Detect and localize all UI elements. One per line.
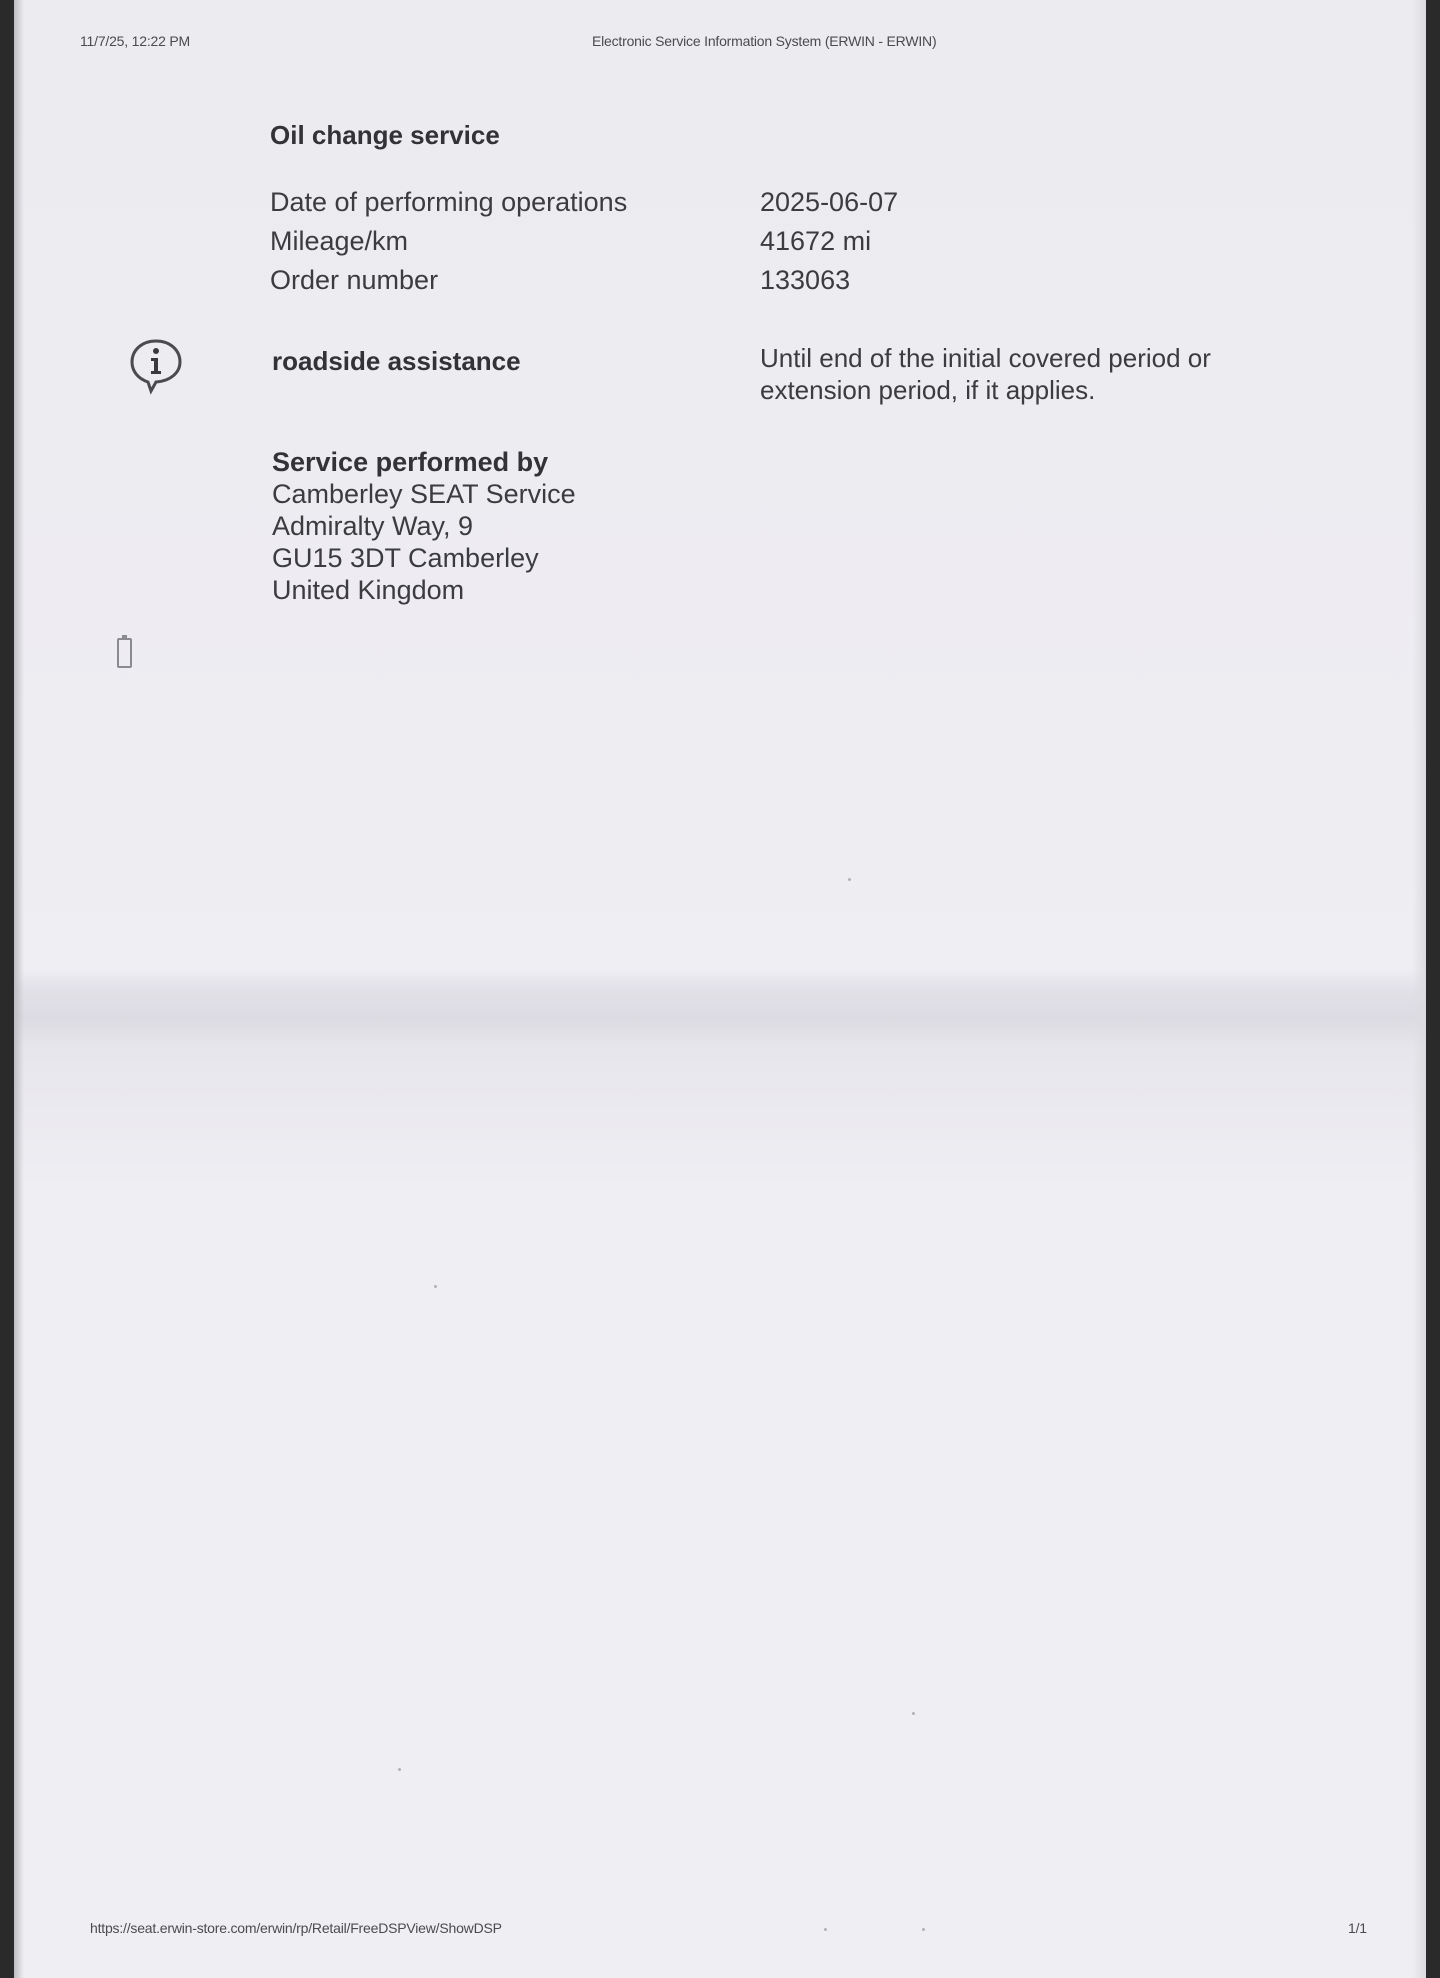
- service-details: Date of performing operations 2025-06-07…: [270, 187, 1270, 304]
- scan-speck: [434, 1285, 437, 1288]
- info-icon: [126, 335, 186, 395]
- detail-row-mileage: Mileage/km 41672 mi: [270, 226, 1270, 265]
- print-timestamp: 11/7/25, 12:22 PM: [80, 33, 190, 49]
- detail-label: Mileage/km: [270, 226, 760, 265]
- roadside-assistance-value: Until end of the initial covered period …: [760, 342, 1280, 406]
- print-page-number: 1/1: [1348, 1920, 1367, 1936]
- print-system-title: Electronic Service Information System (E…: [592, 33, 936, 49]
- detail-value: 41672 mi: [760, 226, 871, 265]
- service-provider-street: Admiralty Way, 9: [272, 510, 576, 542]
- detail-label: Order number: [270, 265, 760, 304]
- scanned-page: 11/7/25, 12:22 PM Electronic Service Inf…: [14, 0, 1426, 1978]
- service-provider-heading: Service performed by: [272, 446, 576, 478]
- service-provider: Service performed by Camberley SEAT Serv…: [272, 446, 576, 606]
- service-provider-country: United Kingdom: [272, 574, 576, 606]
- scan-speck: [398, 1768, 401, 1771]
- detail-value: 2025-06-07: [760, 187, 898, 226]
- scan-speck: [824, 1928, 827, 1931]
- print-footer-url: https://seat.erwin-store.com/erwin/rp/Re…: [90, 1920, 502, 1936]
- detail-row-date: Date of performing operations 2025-06-07: [270, 187, 1270, 226]
- scan-speck: [922, 1928, 925, 1931]
- detail-row-order-number: Order number 133063: [270, 265, 1270, 304]
- scan-speck: [848, 878, 851, 881]
- service-title: Oil change service: [270, 120, 500, 151]
- roadside-assistance-label: roadside assistance: [272, 346, 521, 377]
- service-provider-city: GU15 3DT Camberley: [272, 542, 576, 574]
- detail-value: 133063: [760, 265, 850, 304]
- detail-label: Date of performing operations: [270, 187, 760, 226]
- service-provider-name: Camberley SEAT Service: [272, 478, 576, 510]
- battery-icon: [117, 638, 132, 668]
- scan-speck: [912, 1712, 915, 1715]
